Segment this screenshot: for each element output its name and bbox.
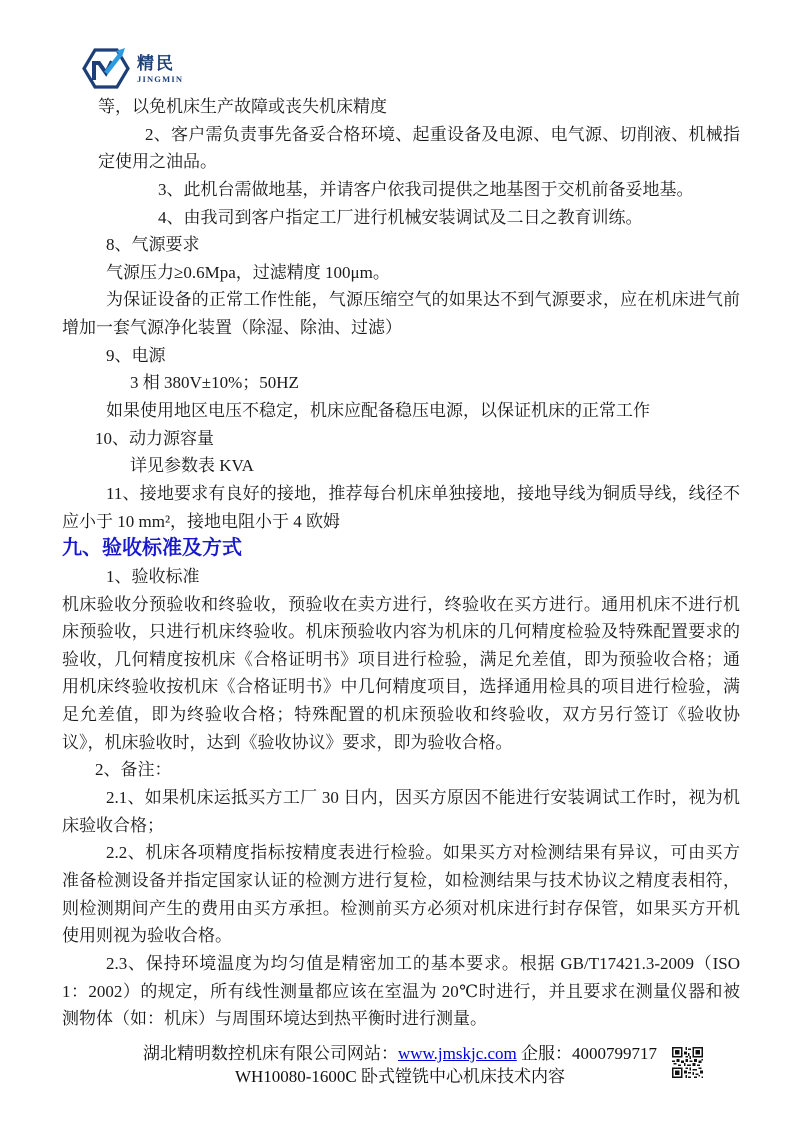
company-website-link[interactable]: www.jmskjc.com xyxy=(398,1044,517,1063)
doc-line: 测物体（如：机床）与周围环境达到热平衡时进行测量。 xyxy=(62,1005,740,1033)
doc-line-power-capacity-heading: 10、动力源容量 xyxy=(62,425,740,453)
footer-service-phone: 4000799717 xyxy=(572,1044,657,1063)
doc-line: 2.1、如果机床运抵买方工厂 30 日内，因买方原因不能进行安装调试工作时，视为… xyxy=(62,784,740,812)
doc-line: 定使用之油品。 xyxy=(62,148,740,176)
doc-line: 足允差值，即为终验收合格；特殊配置的机床预验收和终验收，双方另行签订《验收协 xyxy=(62,701,740,729)
doc-line: 准备检测设备并指定国家认证的检测方进行复检，如检测结果与技术协议之精度表相符， xyxy=(62,867,740,895)
doc-line: 用机床终验收按机床《合格证明书》中几何精度项目，选择通用检具的项目进行检验，满 xyxy=(62,673,740,701)
doc-line: 床验收合格； xyxy=(62,812,740,840)
doc-line: 4、由我司到客户指定工厂进行机械安装调试及二日之教育训练。 xyxy=(62,204,740,232)
doc-line: 机床验收分预验收和终验收，预验收在卖方进行，终验收在买方进行。通用机床不进行机 xyxy=(62,591,740,619)
footer-site-label: 湖北精明数控机床有限公司网站： xyxy=(143,1044,398,1063)
doc-line: 验收，几何精度按机床《合格证明书》项目进行检验，满足允差值，即为预验收合格；通 xyxy=(62,646,740,674)
brand-name-en: JINGMIN xyxy=(137,75,183,84)
doc-line: 增加一套气源净化装置（除湿、除油、过滤） xyxy=(62,314,740,342)
doc-line: 为保证设备的正常工作性能，气源压缩空气的如果达不到气源要求，应在机床进气前 xyxy=(62,286,740,314)
doc-line: 11、接地要求有良好的接地，推荐每台机床单独接地，接地导线为铜质导线，线径不 xyxy=(62,480,740,508)
document-page: 精民 JINGMIN 等，以免机床生产故障或丧失机床精度 2、客户需负责事先备妥… xyxy=(0,0,800,1131)
doc-line: 3、此机台需做地基，并请客户依我司提供之地基图于交机前备妥地基。 xyxy=(62,176,740,204)
doc-line: 议》，机床验收时，达到《验收协议》要求，即为验收合格。 xyxy=(62,729,740,757)
doc-line-notes-heading: 2、备注： xyxy=(62,756,740,784)
doc-line: 1：2002）的规定，所有线性测量都应该在室温为 20℃时进行，并且要求在测量仪… xyxy=(62,978,740,1006)
doc-line: 如果使用地区电压不稳定，机床应配备稳压电源，以保证机床的正常工作 xyxy=(62,397,740,425)
doc-line: 床预验收，只进行机床终验收。机床预验收内容为机床的几何精度检验及特殊配置要求的 xyxy=(62,618,740,646)
document-body: 等，以免机床生产故障或丧失机床精度 2、客户需负责事先备妥合格环境、起重设备及电… xyxy=(62,93,740,1033)
doc-line: 气源压力≥0.6Mpa，过滤精度 100μm。 xyxy=(62,259,740,287)
doc-line: 2、客户需负责事先备妥合格环境、起重设备及电源、电气源、切削液、机械指 xyxy=(62,121,740,149)
doc-line: 使用则视为验收合格。 xyxy=(62,922,740,950)
brand-name-cn: 精民 xyxy=(137,55,183,72)
brand-text: 精民 JINGMIN xyxy=(137,55,183,84)
doc-line: 应小于 10 mm²，接地电阻小于 4 欧姆 xyxy=(62,508,740,536)
section-heading-acceptance: 九、验收标准及方式 xyxy=(62,535,740,563)
doc-line: 详见参数表 KVA xyxy=(62,452,740,480)
qr-code xyxy=(672,1046,703,1079)
footer-service-label: 企服： xyxy=(517,1044,572,1063)
doc-line: 3 相 380V±10%；50HZ xyxy=(62,369,740,397)
doc-line: 等，以免机床生产故障或丧失机床精度 xyxy=(62,93,740,121)
doc-line-acceptance-standard-heading: 1、验收标准 xyxy=(62,563,740,591)
doc-line: 则检测期间产生的费用由买方承担。检测前买方必须对机床进行封存保管，如果买方开机 xyxy=(62,895,740,923)
doc-line: 2.2、机床各项精度指标按精度表进行检验。如果买方对检测结果有异议，可由买方 xyxy=(62,839,740,867)
doc-line: 2.3、保持环境温度为均匀值是精密加工的基本要求。根据 GB/T17421.3-… xyxy=(62,950,740,978)
doc-line-power-heading: 9、电源 xyxy=(62,342,740,370)
jingmin-logo: 精民 JINGMIN xyxy=(80,45,183,92)
hexagon-m-logo-icon xyxy=(80,45,132,92)
doc-line-air-supply-heading: 8、气源要求 xyxy=(62,231,740,259)
